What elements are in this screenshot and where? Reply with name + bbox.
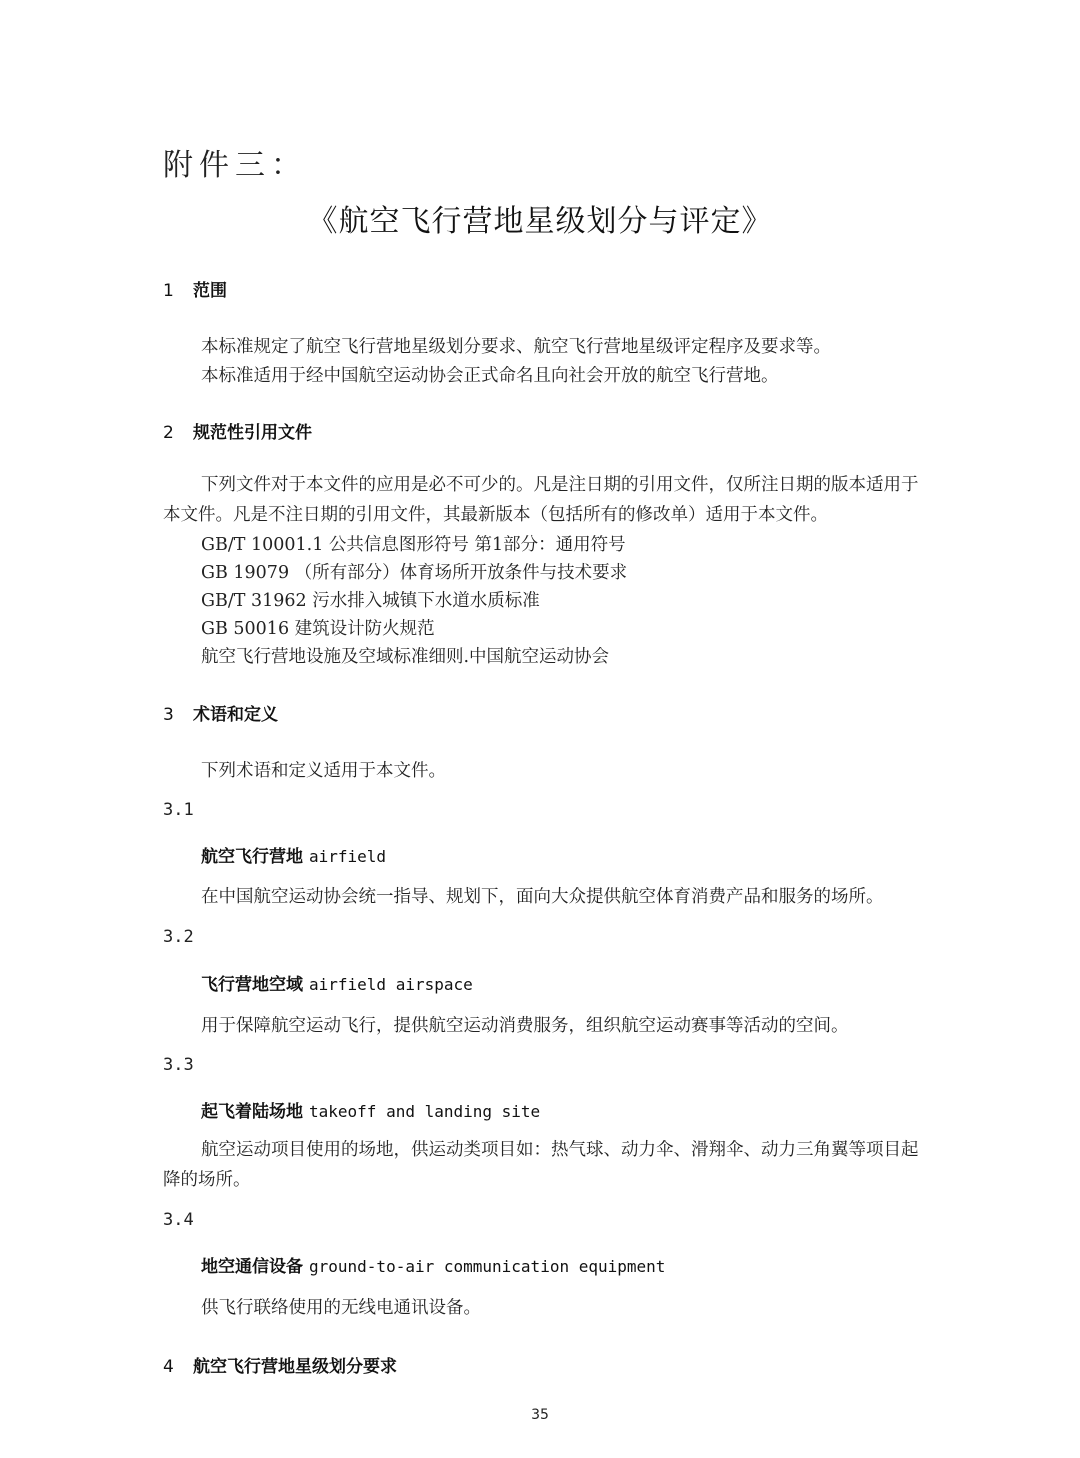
section-1-heading: 1范围 — [163, 276, 227, 301]
term-definition: 航空运动项目使用的场地，供运动类项目如：热气球、动力伞、滑翔伞、动力三角翼等项目… — [163, 1135, 923, 1195]
section-3-intro: 下列术语和定义适用于本文件。 — [201, 757, 446, 782]
term-number: 3.1 — [163, 800, 194, 820]
term-zh: 飞行营地空域 — [201, 975, 303, 995]
term-en: takeoff and landing site — [309, 1102, 540, 1121]
term-en: airfield airspace — [309, 975, 473, 994]
reference-item: GB 19079 （所有部分）体育场所开放条件与技术要求 — [201, 559, 627, 584]
term-number: 3.2 — [163, 927, 194, 947]
term-heading: 飞行营地空域airfield airspace — [201, 970, 473, 995]
term-number: 3.3 — [163, 1055, 194, 1075]
section-number: 2 — [163, 423, 193, 443]
term-definition: 用于保障航空运动飞行，提供航空运动消费服务，组织航空运动赛事等活动的空间。 — [201, 1012, 849, 1037]
document-title: 《航空飞行营地星级划分与评定》 — [0, 196, 1080, 240]
term-en: airfield — [309, 847, 386, 866]
section-1-para-1: 本标准规定了航空飞行营地星级划分要求、航空飞行营地星级评定程序及要求等。 — [201, 333, 831, 358]
reference-item: 航空飞行营地设施及空域标准细则.中国航空运动协会 — [201, 643, 609, 668]
section-title: 范围 — [193, 281, 227, 301]
term-heading: 航空飞行营地airfield — [201, 842, 386, 867]
section-1-para-2: 本标准适用于经中国航空运动协会正式命名且向社会开放的航空飞行营地。 — [201, 362, 779, 387]
section-3-heading: 3术语和定义 — [163, 700, 278, 725]
term-zh: 起飞着陆场地 — [201, 1102, 303, 1122]
page-number: 35 — [0, 1407, 1080, 1423]
section-title: 术语和定义 — [193, 705, 278, 725]
section-2-heading: 2规范性引用文件 — [163, 418, 312, 443]
reference-item: GB/T 10001.1 公共信息图形符号 第1部分：通用符号 — [201, 531, 626, 556]
term-heading: 起飞着陆场地takeoff and landing site — [201, 1097, 540, 1122]
section-number: 3 — [163, 705, 193, 725]
term-definition: 在中国航空运动协会统一指导、规划下，面向大众提供航空体育消费产品和服务的场所。 — [201, 883, 884, 908]
reference-item: GB/T 31962 污水排入城镇下水道水质标准 — [201, 587, 540, 612]
reference-item: GB 50016 建筑设计防火规范 — [201, 615, 435, 640]
term-zh: 航空飞行营地 — [201, 847, 303, 867]
section-2-intro: 下列文件对于本文件的应用是必不可少的。凡是注日期的引用文件，仅所注日期的版本适用… — [163, 470, 923, 530]
term-number: 3.4 — [163, 1210, 194, 1230]
term-definition: 供飞行联络使用的无线电通讯设备。 — [201, 1294, 481, 1319]
section-title: 航空飞行营地星级划分要求 — [193, 1357, 397, 1377]
section-4-heading: 4航空飞行营地星级划分要求 — [163, 1352, 397, 1377]
section-number: 4 — [163, 1357, 193, 1377]
term-heading: 地空通信设备ground-to-air communication equipm… — [201, 1252, 665, 1277]
term-zh: 地空通信设备 — [201, 1257, 303, 1277]
section-title: 规范性引用文件 — [193, 423, 312, 443]
annex-label: 附件三： — [163, 140, 307, 184]
term-en: ground-to-air communication equipment — [309, 1257, 665, 1276]
section-number: 1 — [163, 281, 193, 301]
